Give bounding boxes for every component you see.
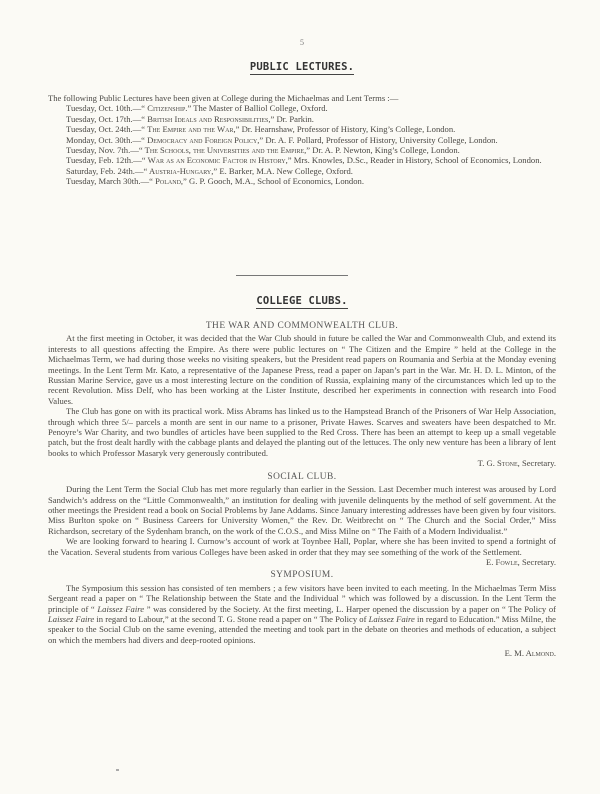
lecture-date: Monday, Oct. 30th.— bbox=[66, 135, 141, 145]
lectures-list: Tuesday, Oct. 10th.—“ Citizenship.” The … bbox=[48, 103, 556, 186]
lecture-title: “ The Empire and the War,” bbox=[141, 124, 239, 134]
lecture-date: Tuesday, Oct. 17th.— bbox=[66, 114, 141, 124]
public-lectures-heading: PUBLIC LECTURES. bbox=[48, 62, 556, 72]
section-divider bbox=[236, 275, 348, 276]
page-number: 5 bbox=[48, 38, 556, 48]
lecture-date: Tuesday, Feb. 12th.— bbox=[66, 155, 142, 165]
lecture-speaker: The Master of Balliol College, Oxford. bbox=[191, 103, 327, 113]
lecture-title: “ Austria-Hungary,” bbox=[144, 166, 218, 176]
lecture-title: “ Poland,” bbox=[149, 176, 187, 186]
lecture-title: “ British Ideals and Responsibilities,” bbox=[141, 114, 274, 124]
symposium-paragraph: The Symposium this session has consisted… bbox=[48, 583, 556, 645]
lecture-entry: Saturday, Feb. 24th.—“ Austria-Hungary,”… bbox=[48, 166, 556, 176]
lecture-date: Saturday, Feb. 24th.— bbox=[66, 166, 144, 176]
lecture-date: Tuesday, Nov. 7th.— bbox=[66, 145, 139, 155]
lecture-speaker: G. P. Gooch, M.A., School of Economics, … bbox=[187, 176, 364, 186]
lecture-entry: Tuesday, Nov. 7th.—“ The Schools, the Un… bbox=[48, 145, 556, 155]
public-lectures-section: The following Public Lectures have been … bbox=[48, 93, 556, 187]
social-club-signature: E. Fowle, Secretary. bbox=[48, 557, 556, 567]
social-club-paragraph-1: During the Lent Term the Social Club has… bbox=[48, 484, 556, 536]
social-club-paragraph-2: We are looking forward to hearing I. Cur… bbox=[48, 536, 556, 557]
lecture-date: Tuesday, Oct. 24th.— bbox=[66, 124, 141, 134]
lecture-title: “ Citizenship.” bbox=[141, 103, 191, 113]
war-club-paragraph-1: At the first meeting in October, it was … bbox=[48, 333, 556, 406]
lecture-entry: Monday, Oct. 30th.—“ Democracy and Forei… bbox=[48, 135, 556, 145]
symposium-heading: SYMPOSIUM. bbox=[48, 570, 556, 580]
war-club-heading: THE WAR AND COMMONWEALTH CLUB. bbox=[48, 321, 556, 331]
lecture-speaker: E. Barker, M.A. New College, Oxford. bbox=[217, 166, 353, 176]
war-club-signature: T. G. Stone, Secretary. bbox=[48, 458, 556, 468]
paper-speck bbox=[116, 769, 119, 771]
lecture-date: Tuesday, March 30th.— bbox=[66, 176, 149, 186]
lecture-entry: Tuesday, Oct. 17th.—“ British Ideals and… bbox=[48, 114, 556, 124]
lecture-speaker: Mrs. Knowles, D.Sc., Reader in History, … bbox=[292, 155, 542, 165]
lecture-speaker: Dr. A. P. Newton, King’s College, London… bbox=[310, 145, 460, 155]
lecture-title: “ Democracy and Foreign Policy,” bbox=[141, 135, 263, 145]
college-clubs-heading: COLLEGE CLUBS. bbox=[48, 296, 556, 306]
lecture-title: “ The Schools, the Universities and the … bbox=[139, 145, 310, 155]
lecture-entry: Tuesday, Feb. 12th.—“ War as an Economic… bbox=[48, 155, 556, 165]
social-club-heading: SOCIAL CLUB. bbox=[48, 472, 556, 482]
lecture-entry: Tuesday, March 30th.—“ Poland,” G. P. Go… bbox=[48, 176, 556, 186]
college-clubs-section: THE WAR AND COMMONWEALTH CLUB. At the fi… bbox=[48, 318, 556, 659]
lecture-title: “ War as an Economic Factor in History,” bbox=[142, 155, 292, 165]
lecture-date: Tuesday, Oct. 10th.— bbox=[66, 103, 141, 113]
lecture-speaker: Dr. Hearnshaw, Professor of History, Kin… bbox=[239, 124, 455, 134]
symposium-signature: E. M. Almond. bbox=[48, 648, 556, 658]
lecture-speaker: Dr. A. F. Pollard, Professor of History,… bbox=[263, 135, 497, 145]
war-club-paragraph-2: The Club has gone on with its practical … bbox=[48, 406, 556, 458]
lecture-speaker: Dr. Parkin. bbox=[274, 114, 314, 124]
lectures-intro: The following Public Lectures have been … bbox=[48, 93, 556, 103]
lecture-entry: Tuesday, Oct. 24th.—“ The Empire and the… bbox=[48, 124, 556, 134]
lecture-entry: Tuesday, Oct. 10th.—“ Citizenship.” The … bbox=[48, 103, 556, 113]
